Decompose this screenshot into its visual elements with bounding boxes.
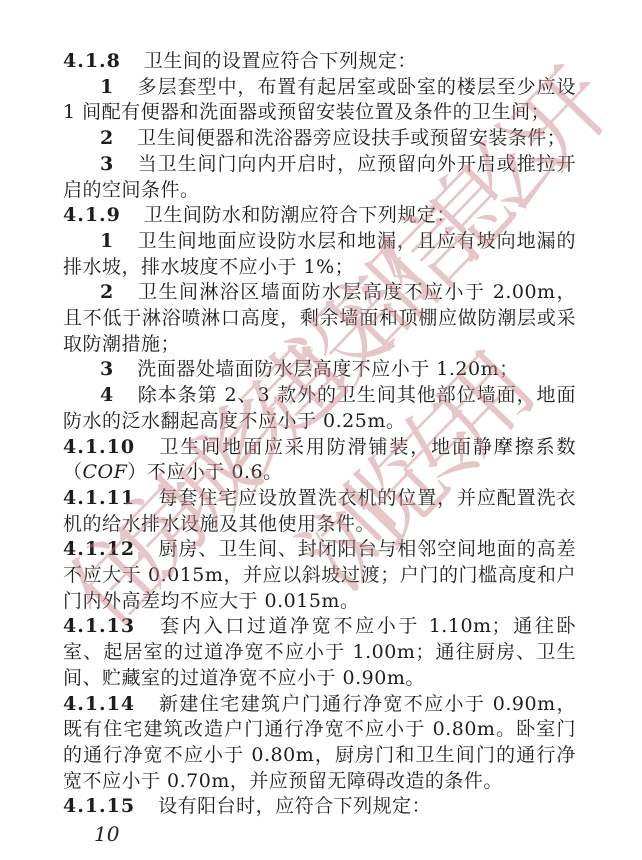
clause-text: 除本条第 2、3 款外的卫生间其他部位墙面，地面防水的泛水翻起高度不应小于 0.…	[63, 384, 576, 432]
clause-text: 套内入口过道净宽不应小于 1.10m；通往卧室、起居室的过道净宽不应小于 1.0…	[63, 615, 576, 688]
clause-number: 3	[100, 358, 114, 380]
clause-text-italic-token: COF	[83, 461, 128, 483]
clause-number: 2	[100, 127, 114, 149]
clause-text: 卫生间的设置应符合下列规定：	[144, 50, 417, 72]
clause-paragraph: 4.1.10卫生间地面应采用防滑铺装，地面静摩擦系数（COF）不应小于 0.6。	[63, 435, 576, 486]
clause-subitem: 1多层套型中，布置有起居室或卧室的楼层至少应设 1 间配有便器和洗面器或预留安装…	[63, 75, 576, 126]
clause-number: 1	[100, 76, 114, 98]
clause-text: 新建住宅建筑户门通行净宽不应小于 0.90m，既有住宅建筑改造户门通行净宽不应小…	[63, 693, 576, 792]
clause-subitem: 1卫生间地面应设防水层和地漏，且应有坡向地漏的排水坡，排水坡度不应小于 1%；	[63, 229, 576, 280]
clause-text: 多层套型中，布置有起居室或卧室的楼层至少应设 1 间配有便器和洗面器或预留安装位…	[63, 76, 576, 124]
clause-paragraph: 4.1.8卫生间的设置应符合下列规定：	[63, 49, 576, 75]
clause-paragraph: 4.1.13套内入口过道净宽不应小于 1.10m；通往卧室、起居室的过道净宽不应…	[63, 614, 576, 691]
clause-paragraph: 4.1.11每套住宅应设放置洗衣机的位置，并应配置洗衣机的给水排水设施及其他使用…	[63, 486, 576, 537]
clause-text: 洗面器处墙面防水层高度不应小于 1.20m；	[137, 358, 518, 380]
clause-number: 1	[100, 230, 114, 252]
clause-text: 设有阳台时，应符合下列规定：	[158, 795, 431, 817]
clause-text: 卫生间地面应设防水层和地漏，且应有坡向地漏的排水坡，排水坡度不应小于 1%；	[63, 230, 576, 278]
page-number: 10	[94, 822, 119, 846]
clause-number: 4.1.8	[63, 50, 121, 72]
clause-number: 4.1.12	[63, 538, 135, 560]
clause-paragraph: 4.1.15设有阳台时，应符合下列规定：	[63, 794, 576, 820]
clause-text: 卫生间便器和洗浴器旁应设扶手或预留安装条件；	[137, 127, 566, 149]
clause-number: 4.1.10	[63, 436, 135, 458]
clause-text: 厨房、卫生间、封闭阳台与相邻空间地面的高差不应大于 0.015m，并应以斜坡过渡…	[63, 538, 576, 611]
clause-number: 2	[100, 281, 114, 303]
clause-number: 4	[100, 384, 114, 406]
clause-number: 4.1.9	[63, 204, 121, 226]
clause-number: 4.1.11	[63, 487, 135, 509]
clause-subitem: 2卫生间便器和洗浴器旁应设扶手或预留安装条件；	[63, 126, 576, 152]
clause-subitem: 4除本条第 2、3 款外的卫生间其他部位墙面，地面防水的泛水翻起高度不应小于 0…	[63, 383, 576, 434]
clause-text: 每套住宅应设放置洗衣机的位置，并应配置洗衣机的给水排水设施及其他使用条件。	[63, 487, 576, 535]
clause-subitem: 3洗面器处墙面防水层高度不应小于 1.20m；	[63, 357, 576, 383]
clause-text: 卫生间地面应采用防滑铺装，地面静摩擦系数（COF）不应小于 0.6。	[63, 436, 576, 484]
clause-number: 4.1.13	[63, 615, 135, 637]
clause-number: 3	[100, 153, 114, 175]
clause-number: 4.1.14	[63, 693, 135, 715]
clause-paragraph: 4.1.12厨房、卫生间、封闭阳台与相邻空间地面的高差不应大于 0.015m，并…	[63, 537, 576, 614]
clause-paragraph: 4.1.9卫生间防水和防潮应符合下列规定：	[63, 203, 576, 229]
clause-text: 卫生间淋浴区墙面防水层高度不应小于 2.00m，且不低于淋浴喷淋口高度，剩余墙面…	[63, 281, 576, 354]
clause-subitem: 2卫生间淋浴区墙面防水层高度不应小于 2.00m，且不低于淋浴喷淋口高度，剩余墙…	[63, 280, 576, 357]
clause-subitem: 3当卫生间门向内开启时，应预留向外开启或推拉开启的空间条件。	[63, 152, 576, 203]
clause-number: 4.1.15	[63, 795, 135, 817]
document-body: 4.1.8卫生间的设置应符合下列规定：1多层套型中，布置有起居室或卧室的楼层至少…	[63, 49, 576, 820]
clause-text: 当卫生间门向内开启时，应预留向外开启或推拉开启的空间条件。	[63, 153, 576, 201]
clause-paragraph: 4.1.14新建住宅建筑户门通行净宽不应小于 0.90m，既有住宅建筑改造户门通…	[63, 692, 576, 795]
clause-text: 卫生间防水和防潮应符合下列规定：	[144, 204, 456, 226]
document-page: 4.1.8卫生间的设置应符合下列规定：1多层套型中，布置有起居室或卧室的楼层至少…	[0, 0, 642, 860]
